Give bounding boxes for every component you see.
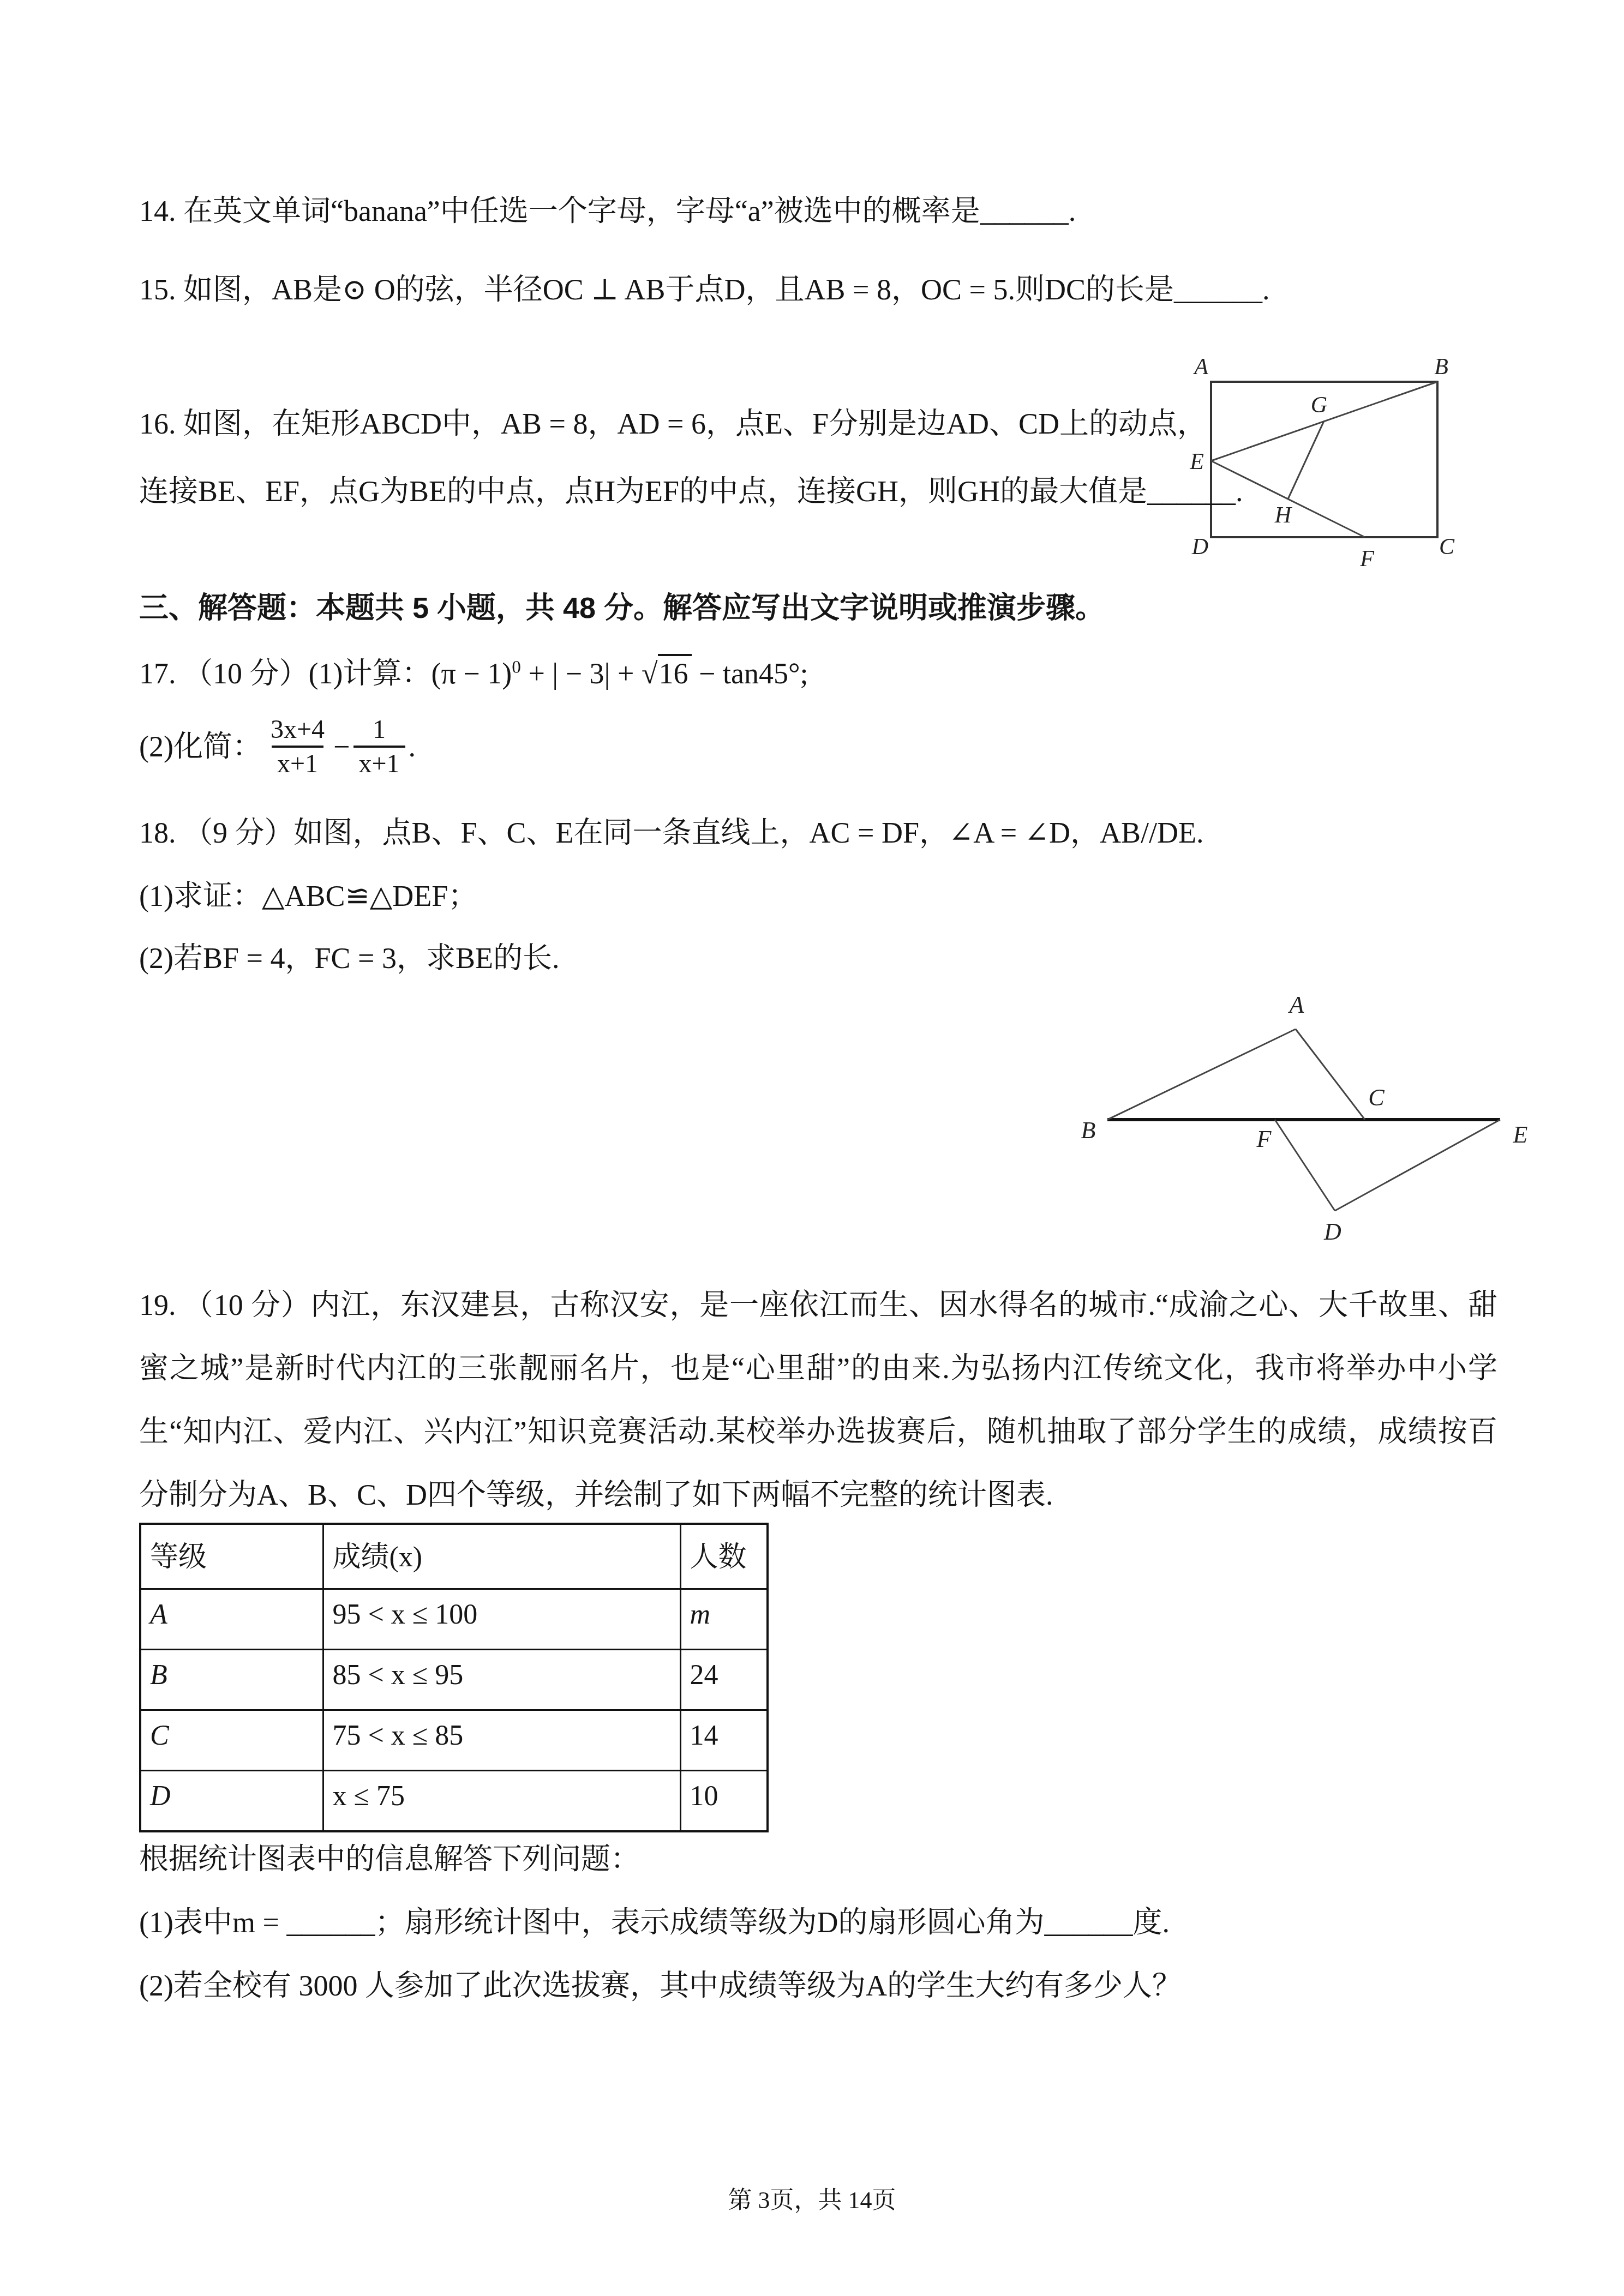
- label-b: B: [1081, 1117, 1096, 1144]
- grade-table: 等级 成绩(x) 人数 A 95 < x ≤ 100 m B 85 < x ≤ …: [139, 1523, 769, 1832]
- q17-radicand: 16: [658, 654, 692, 690]
- header-count: 人数: [680, 1524, 768, 1589]
- label-a: A: [1192, 354, 1208, 380]
- fraction-2: 1 x+1: [353, 714, 405, 779]
- label-c: C: [1439, 534, 1455, 560]
- question-19-part1: (1)表中m = ______；扇形统计图中，表示成绩等级为D的扇形圆心角为__…: [139, 1903, 1497, 1942]
- question-17-part2: (2)化简： 3x+4 x+1 − 1 x+1 .: [139, 714, 1497, 779]
- label-a: A: [1288, 991, 1305, 1018]
- label-f: F: [1359, 546, 1374, 572]
- section-3-header: 三、解答题：本题共 5 小题，共 48 分。解答应写出文字说明或推演步骤。: [139, 589, 1497, 627]
- q17-text-b: + | − 3| +: [521, 657, 642, 690]
- cell-score: 95 < x ≤ 100: [323, 1589, 680, 1650]
- cell-count: 24: [680, 1650, 768, 1710]
- table-row: A 95 < x ≤ 100 m: [140, 1589, 768, 1650]
- fraction-1-denominator: x+1: [272, 746, 323, 779]
- cell-score: 75 < x ≤ 85: [323, 1710, 680, 1771]
- cell-score: x ≤ 75: [323, 1771, 680, 1832]
- question-19-line3: 生“知内江、爱内江、兴内江”知识竞赛活动.某校举办选拔赛后，随机抽取了部分学生的…: [139, 1413, 1497, 1451]
- question-18-part1: (1)求证：△ABC≌△DEF；: [139, 877, 1497, 915]
- question-19-part2: (2)若全校有 3000 人参加了此次选拔赛，其中成绩等级为A的学生大约有多少人…: [139, 1967, 1497, 2005]
- question-14: 14. 在英文单词“banana”中任选一个字母，字母“a”被选中的概率是___…: [139, 192, 1497, 230]
- question-17-part1: 17. （10 分）(1)计算：(π − 1)0 + | − 3| + √16 …: [139, 654, 1497, 693]
- label-e: E: [1189, 449, 1204, 474]
- fraction-2-denominator: x+1: [353, 746, 405, 779]
- question-19-line4: 分制分为A、B、C、D四个等级，并绘制了如下两幅不完整的统计图表.: [139, 1476, 1497, 1514]
- table-row: C 75 < x ≤ 85 14: [140, 1710, 768, 1771]
- exam-page: 14. 在英文单词“banana”中任选一个字母，字母“a”被选中的概率是___…: [0, 0, 1624, 2296]
- figure-q16-rectangle: A B C D E F G H: [1184, 348, 1467, 577]
- question-19-instruction: 根据统计图表中的信息解答下列问题：: [139, 1840, 1497, 1878]
- question-15: 15. 如图，AB是⊙ O的弦，半径OC ⊥ AB于点D，且AB = 8，OC …: [139, 271, 1497, 309]
- label-g: G: [1311, 393, 1327, 418]
- figure-q18-canvas: A B C D E F: [1061, 979, 1552, 1263]
- table-row: D x ≤ 75 10: [140, 1771, 768, 1832]
- figure-q16-canvas: A B C D E F G H: [1184, 348, 1467, 577]
- label-f: F: [1256, 1126, 1272, 1152]
- cell-count: 14: [680, 1710, 768, 1771]
- q17-simplify-prefix: (2)化简：: [139, 728, 262, 766]
- cell-grade: A: [140, 1589, 323, 1650]
- cell-grade: B: [140, 1650, 323, 1710]
- question-18-head: 18. （9 分）如图，点B、F、C、E在同一条直线上，AC = DF，∠A =…: [139, 814, 1497, 852]
- question-16-line1: 16. 如图，在矩形ABCD中，AB = 8，AD = 6，点E、F分别是边AD…: [139, 405, 1208, 443]
- question-19-line2: 蜜之城”是新时代内江的三张靓丽名片，也是“心里甜”的由来.为弘扬内江传统文化，我…: [139, 1349, 1497, 1387]
- figure-q18-triangles: A B C D E F: [1061, 979, 1552, 1263]
- q17-text-c: − tan45°;: [692, 657, 808, 690]
- table-header-row: 等级 成绩(x) 人数: [140, 1524, 768, 1589]
- cell-count: m: [680, 1589, 768, 1650]
- cell-grade: C: [140, 1710, 323, 1771]
- question-16-line2: 连接BE、EF，点G为BE的中点，点H为EF的中点，连接GH，则GH的最大值是_…: [139, 472, 1208, 510]
- segment-fd: [1275, 1120, 1335, 1211]
- fraction-1: 3x+4 x+1: [265, 714, 330, 779]
- header-grade: 等级: [140, 1524, 323, 1589]
- fraction-1-numerator: 3x+4: [265, 714, 330, 746]
- cell-grade: D: [140, 1771, 323, 1832]
- question-19-line1: 19. （10 分）内江，东汉建县，古称汉安，是一座依江而生、因水得名的城市.“…: [139, 1286, 1497, 1324]
- fraction-2-numerator: 1: [367, 714, 391, 746]
- radical-sign: √: [642, 657, 658, 690]
- header-score: 成绩(x): [323, 1524, 680, 1589]
- table-row: B 85 < x ≤ 95 24: [140, 1650, 768, 1710]
- q17-simplify-suffix: .: [409, 728, 416, 766]
- segment-ba: [1107, 1029, 1296, 1120]
- page-number: 第 3页，共 14页: [0, 2180, 1624, 2215]
- cell-count: 10: [680, 1771, 768, 1832]
- minus-sign: −: [333, 728, 350, 766]
- q17-text-a: 17. （10 分）(1)计算：(π − 1): [139, 657, 512, 690]
- label-e: E: [1513, 1121, 1528, 1148]
- label-c: C: [1368, 1084, 1385, 1111]
- segment-ac: [1296, 1029, 1365, 1120]
- label-b: B: [1434, 354, 1448, 380]
- label-d: D: [1323, 1218, 1341, 1245]
- q17-exponent: 0: [512, 657, 521, 677]
- question-18-part2: (2)若BF = 4，FC = 3，求BE的长.: [139, 939, 1497, 977]
- cell-score: 85 < x ≤ 95: [323, 1650, 680, 1710]
- label-d: D: [1191, 534, 1208, 560]
- label-h: H: [1274, 503, 1293, 528]
- segment-de: [1335, 1120, 1500, 1211]
